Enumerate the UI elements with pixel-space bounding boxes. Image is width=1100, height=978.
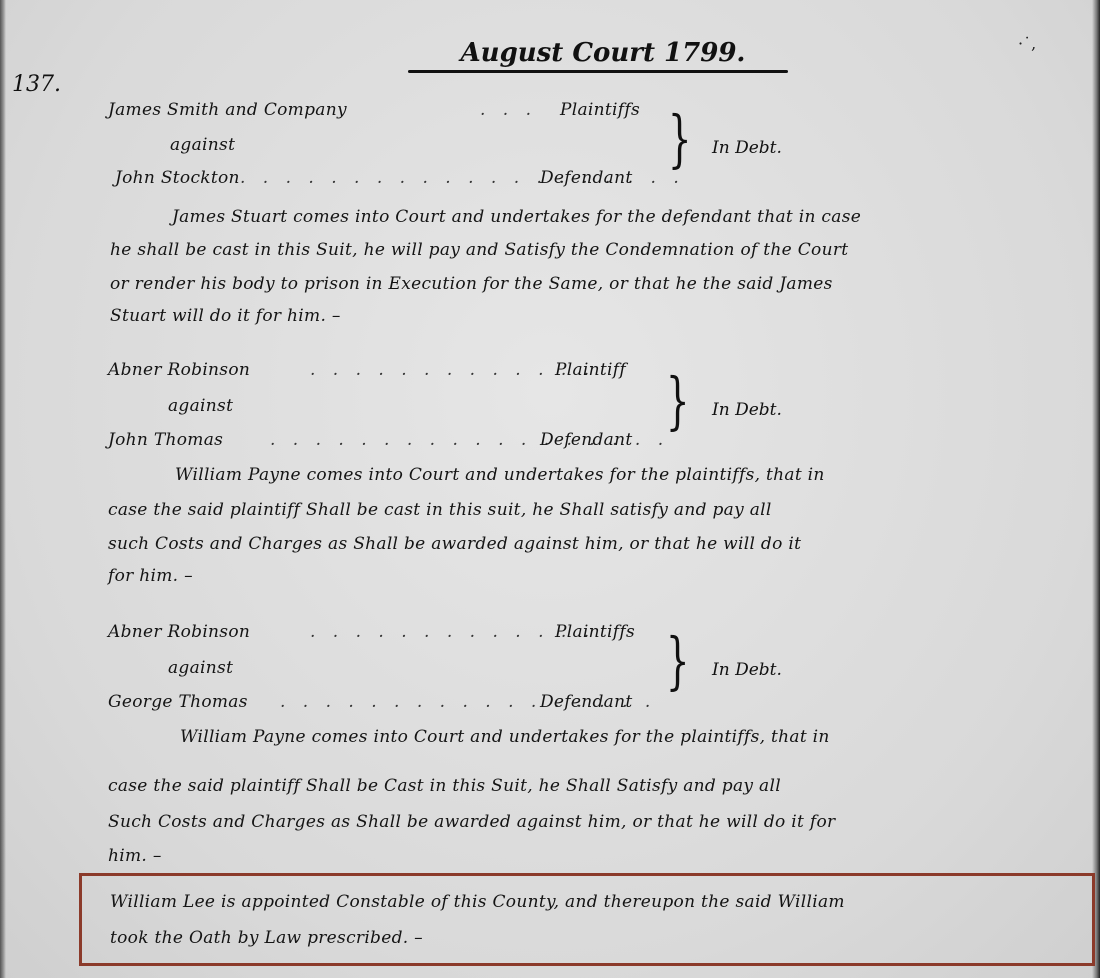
heading-underline (408, 70, 788, 73)
against-label: against (168, 658, 233, 678)
body-line: case the said plaintiff Shall be Cast in… (108, 776, 781, 796)
body-line: William Payne comes into Court and under… (180, 727, 830, 747)
against-label: against (170, 135, 235, 155)
plaintiff-name: James Smith and Company (108, 100, 347, 120)
plaintiff-name: Abner Robinson (108, 622, 250, 642)
highlighted-entry-box: William Lee is appointed Constable of th… (79, 873, 1095, 966)
defendant-role: Defendant (540, 168, 633, 188)
body-line: Stuart will do it for him. – (110, 306, 341, 326)
brace-icon: } (668, 108, 692, 170)
page-binding-right (1092, 0, 1100, 978)
highlighted-line: took the Oath by Law prescribed. – (110, 928, 423, 948)
defendant-name: John Stockton (115, 168, 240, 188)
defendant-role: Defendant (540, 430, 633, 450)
page-number: 137. (12, 72, 61, 97)
defendant-role: Defendant (540, 692, 633, 712)
plaintiff-role: Plaintiff (555, 360, 626, 380)
leader-dots: . . . . . . . . . . . . . (310, 360, 595, 380)
highlighted-line: William Lee is appointed Constable of th… (110, 892, 845, 912)
body-line: him. – (108, 846, 162, 866)
ink-blot-mark: ·˙, (1018, 34, 1036, 53)
manuscript-page: 137. ·˙, August Court 1799. James Smith … (0, 0, 1100, 978)
leader-dots: . . . . . . . . . . . . . (310, 622, 595, 642)
defendant-name: George Thomas (108, 692, 248, 712)
plaintiff-role: Plaintiffs (560, 100, 640, 120)
page-heading: August Court 1799. (418, 38, 788, 68)
defendant-name: John Thomas (108, 430, 223, 450)
page-binding-left (0, 0, 6, 978)
action-type: In Debt. (712, 660, 782, 680)
body-line: or render his body to prison in Executio… (110, 274, 833, 294)
plaintiff-name: Abner Robinson (108, 360, 250, 380)
body-line: case the said plaintiff Shall be cast in… (108, 500, 772, 520)
body-line: James Stuart comes into Court and undert… (172, 207, 861, 227)
body-line: William Payne comes into Court and under… (175, 465, 825, 485)
brace-icon: } (666, 370, 690, 432)
brace-icon: } (666, 630, 690, 692)
action-type: In Debt. (712, 400, 782, 420)
plaintiff-role: Plaintiffs (555, 622, 635, 642)
body-line: for him. – (108, 566, 193, 586)
body-line: such Costs and Charges as Shall be award… (108, 534, 801, 554)
against-label: against (168, 396, 233, 416)
leader-dots: . . . (480, 100, 537, 120)
body-line: Such Costs and Charges as Shall be award… (108, 812, 835, 832)
body-line: he shall be cast in this Suit, he will p… (110, 240, 848, 260)
action-type: In Debt. (712, 138, 782, 158)
